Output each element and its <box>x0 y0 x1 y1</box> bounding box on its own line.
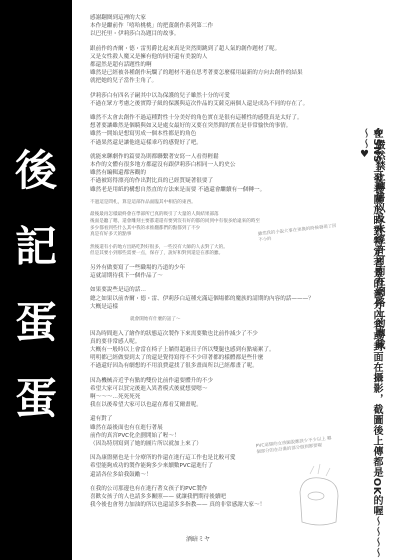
paragraph: 跟前作的杏爾・德・雷男爵比起來真是突然間跳到了超人氣的創作題材了呢。 又是女性殺… <box>90 45 340 86</box>
paragraph: 雖然不太會去創作不過這種對性十分美好的角色實在是很有這種性的感覺真是太好了。 想… <box>90 114 340 147</box>
paragraph: 因為時間進入了繪作的狀態這次製作下來需要數也比前作減少了不少 真的要非常感人呢。… <box>90 330 340 371</box>
paragraph: 就能來聊劇作的篇要為則都聯繫著安寫一人看得輕鬆 本作的文體有很多地方都還沒有跟伊… <box>90 153 340 194</box>
vertical-notice: 在SNS上發表關於時對特定著景的部分內容或封面在攝影，截圖後上傳都是OK的喔～～… <box>358 128 382 560</box>
small-note: 不過這是問札，算是這部作品面臨其中相信的東西。 <box>90 200 340 207</box>
paragraph: 如果要說些是這的話… 總之如果以前杏爾・德・雷、伊莉莎白這種充滿這個場都的魔族的… <box>90 286 340 311</box>
side-note: 就會開始有什麼的話了～ <box>90 317 340 324</box>
character-doodle-icon <box>290 462 350 532</box>
author-signature: 酒暗ミヤ <box>186 534 210 543</box>
title-char: 蛋 <box>15 302 57 344</box>
paragraph: 伊莉莎白有四名子嗣其中以為保護的兒子雖然十分的可愛 不過在眾方考慮之後實際子級的… <box>90 92 340 108</box>
title-char: 記 <box>15 226 57 268</box>
small-note: 然後還有小的地方出路吃對好很多，一些沒有大師的人去對了大的。 但是其要小到那些需… <box>90 245 340 258</box>
paragraph: 因為機械音近乎有點的雙份比前作還要體升的不少 希望大家可以買完後進入異著模式後就… <box>90 377 340 410</box>
paragraph: 感謝翻閱到這裡的大家 本作是繼前作「嘻哈桃桃」的把薑創作系列第二作 以巴托里・伊… <box>90 14 340 39</box>
title-char: 蛋 <box>15 378 57 420</box>
afterword-title: 後 記 蛋 蛋 <box>0 150 72 420</box>
title-char: 後 <box>15 150 57 192</box>
paragraph: 另外有做要寫了一些職場的乃道的少年 這就請期待我下一個作品了～ <box>90 264 340 280</box>
